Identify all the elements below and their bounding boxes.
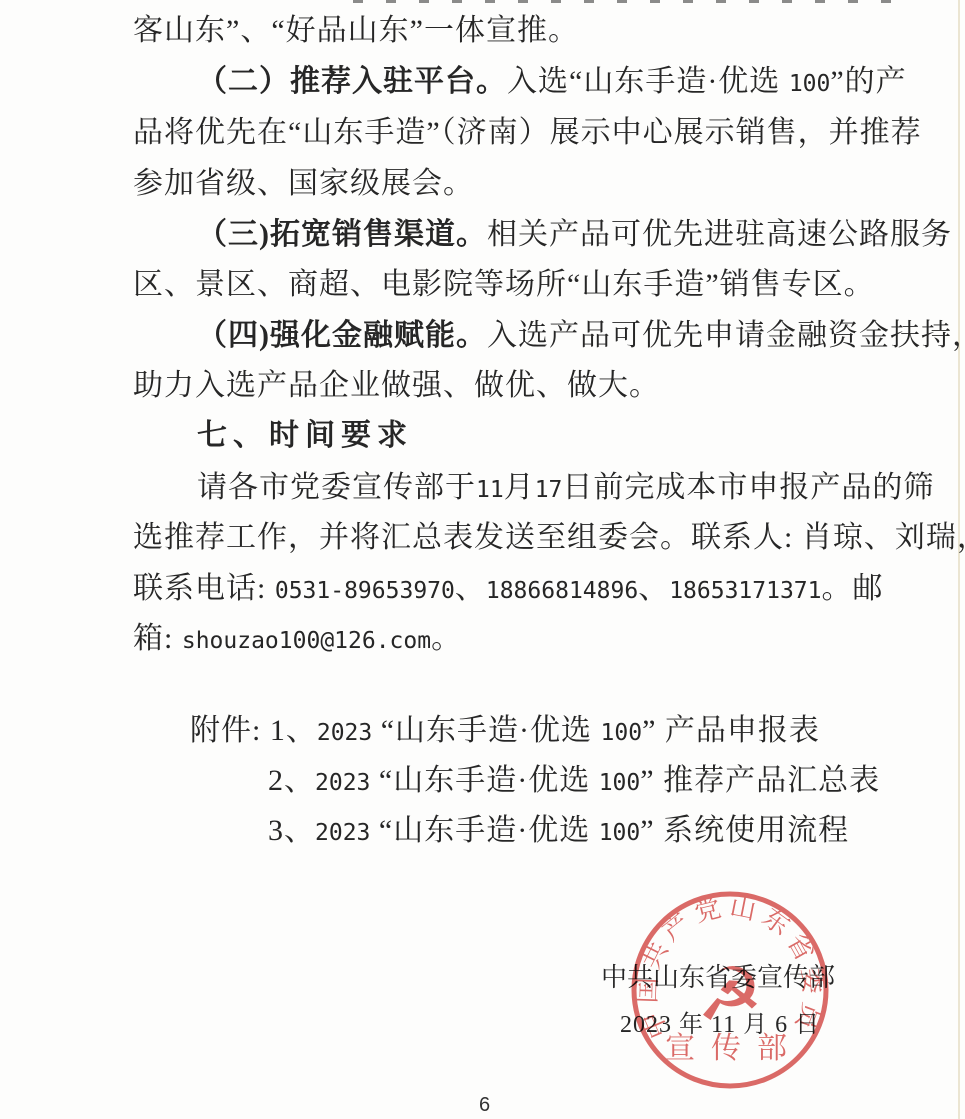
text-segment: ”的产 <box>830 65 906 98</box>
text-segment: 。 <box>431 622 462 655</box>
text-segment: ” 系统使用流程 <box>640 814 849 847</box>
text-segment: 入选产品可优先申请金融资金扶持， <box>487 319 965 352</box>
attachment-item: 附件: 1、2023 “山东手造·优选 100” 产品申报表 <box>190 714 820 749</box>
attachment-item: 2、2023 “山东手造·优选 100” 推荐产品汇总表 <box>268 764 880 799</box>
text-segment: ” 推荐产品汇总表 <box>640 764 880 797</box>
body-line: 选推荐工作，并将汇总表发送至组委会。联系人: 肖琼、刘瑞， <box>133 521 965 556</box>
number-segment: 2023 <box>315 820 370 846</box>
bold-heading-segment: （四)强化金融赋能。 <box>197 319 487 352</box>
text-segment: 。邮 <box>822 572 884 605</box>
text-segment: 区、景区、商超、电影院等场所“山东手造”销售专区。 <box>133 268 875 301</box>
official-seal: 中国共产党山东省委员会 ☭ 宣传部 <box>612 872 848 1108</box>
text-segment: 日前完成本市申报产品的筛 <box>562 471 934 504</box>
text-segment: 3、 <box>268 814 315 847</box>
phone-number: 18866814896 <box>486 578 638 604</box>
text-segment: 2、 <box>268 764 315 797</box>
text-segment: 附件: 1、 <box>190 714 317 747</box>
number-segment: 100 <box>789 71 831 97</box>
body-line: （四)强化金融赋能。入选产品可优先申请金融资金扶持， <box>197 319 965 354</box>
phone-number: 18653171371 <box>669 578 821 604</box>
body-line: （三)拓宽销售渠道。相关产品可优先进驻高速公路服务 <box>197 218 952 253</box>
body-line: 请各市党委宣传部于11月17日前完成本市申报产品的筛 <box>197 471 934 506</box>
document-page: 客山东”、“好品山东”一体宣推。 （二）推荐入驻平台。入选“山东手造·优选 10… <box>0 0 965 1119</box>
body-line: （二）推荐入驻平台。入选“山东手造·优选 100”的产 <box>197 65 907 100</box>
attachment-item: 3、2023 “山东手造·优选 100” 系统使用流程 <box>268 814 849 849</box>
text-segment: 客山东”、“好品山东”一体宣推。 <box>133 14 579 47</box>
page-number: 6 <box>479 1094 490 1117</box>
seal-bottom-text: 宣传部 <box>665 1032 803 1065</box>
body-line: 参加省级、国家级展会。 <box>133 167 474 202</box>
phone-number: 0531-89653970 <box>275 578 455 604</box>
text-segment: “山东手造·优选 <box>370 814 598 847</box>
text-segment: 、 <box>455 572 486 605</box>
text-segment: 助力入选产品企业做强、做优、做大。 <box>133 369 660 402</box>
body-line: 客山东”、“好品山东”一体宣推。 <box>133 14 579 49</box>
hammer-sickle-emblem-icon: ☭ <box>697 952 763 1038</box>
bold-heading-segment: （二）推荐入驻平台。 <box>197 65 507 98</box>
text-segment: 选推荐工作，并将汇总表发送至组委会。联系人: 肖琼、刘瑞， <box>133 521 965 554</box>
body-line: 箱: shouzao100@126.com。 <box>133 622 462 657</box>
email-address: shouzao100@126.com <box>182 628 431 654</box>
text-segment: 品将优先在“山东手造”（济南）展示中心展示销售，并推荐 <box>133 116 922 149</box>
body-line: 助力入选产品企业做强、做优、做大。 <box>133 369 660 404</box>
body-line: 区、景区、商超、电影院等场所“山东手造”销售专区。 <box>133 268 875 303</box>
number-segment: 2023 <box>315 770 370 796</box>
text-segment: ” 产品申报表 <box>642 714 820 747</box>
text-segment: 请各市党委宣传部于 <box>197 471 476 504</box>
number-segment: 11 <box>476 477 504 503</box>
scan-edge-line <box>958 0 960 1119</box>
number-segment: 17 <box>535 477 563 503</box>
text-segment: 联系电话: <box>133 572 275 605</box>
text-segment: 参加省级、国家级展会。 <box>133 167 474 200</box>
number-segment: 100 <box>599 820 641 846</box>
clipped-line-fragments <box>353 0 909 3</box>
text-segment: 相关产品可优先进驻高速公路服务 <box>487 218 952 251</box>
text-segment: 月 <box>504 471 535 504</box>
text-segment: 箱: <box>133 622 182 655</box>
section-heading: 七、时间要求 <box>197 419 413 454</box>
text-segment: “山东手造·优选 <box>370 764 598 797</box>
text-segment: 入选“山东手造·优选 <box>507 65 789 98</box>
text-segment: “山东手造·优选 <box>372 714 600 747</box>
bold-heading-segment: 七、时间要求 <box>197 419 413 452</box>
number-segment: 100 <box>599 770 641 796</box>
text-segment: 、 <box>638 572 669 605</box>
number-segment: 100 <box>601 720 643 746</box>
body-line: 联系电话: 0531-89653970、18866814896、18653171… <box>133 572 884 607</box>
body-line: 品将优先在“山东手造”（济南）展示中心展示销售，并推荐 <box>133 116 922 151</box>
bold-heading-segment: （三)拓宽销售渠道。 <box>197 218 487 251</box>
number-segment: 2023 <box>317 720 372 746</box>
